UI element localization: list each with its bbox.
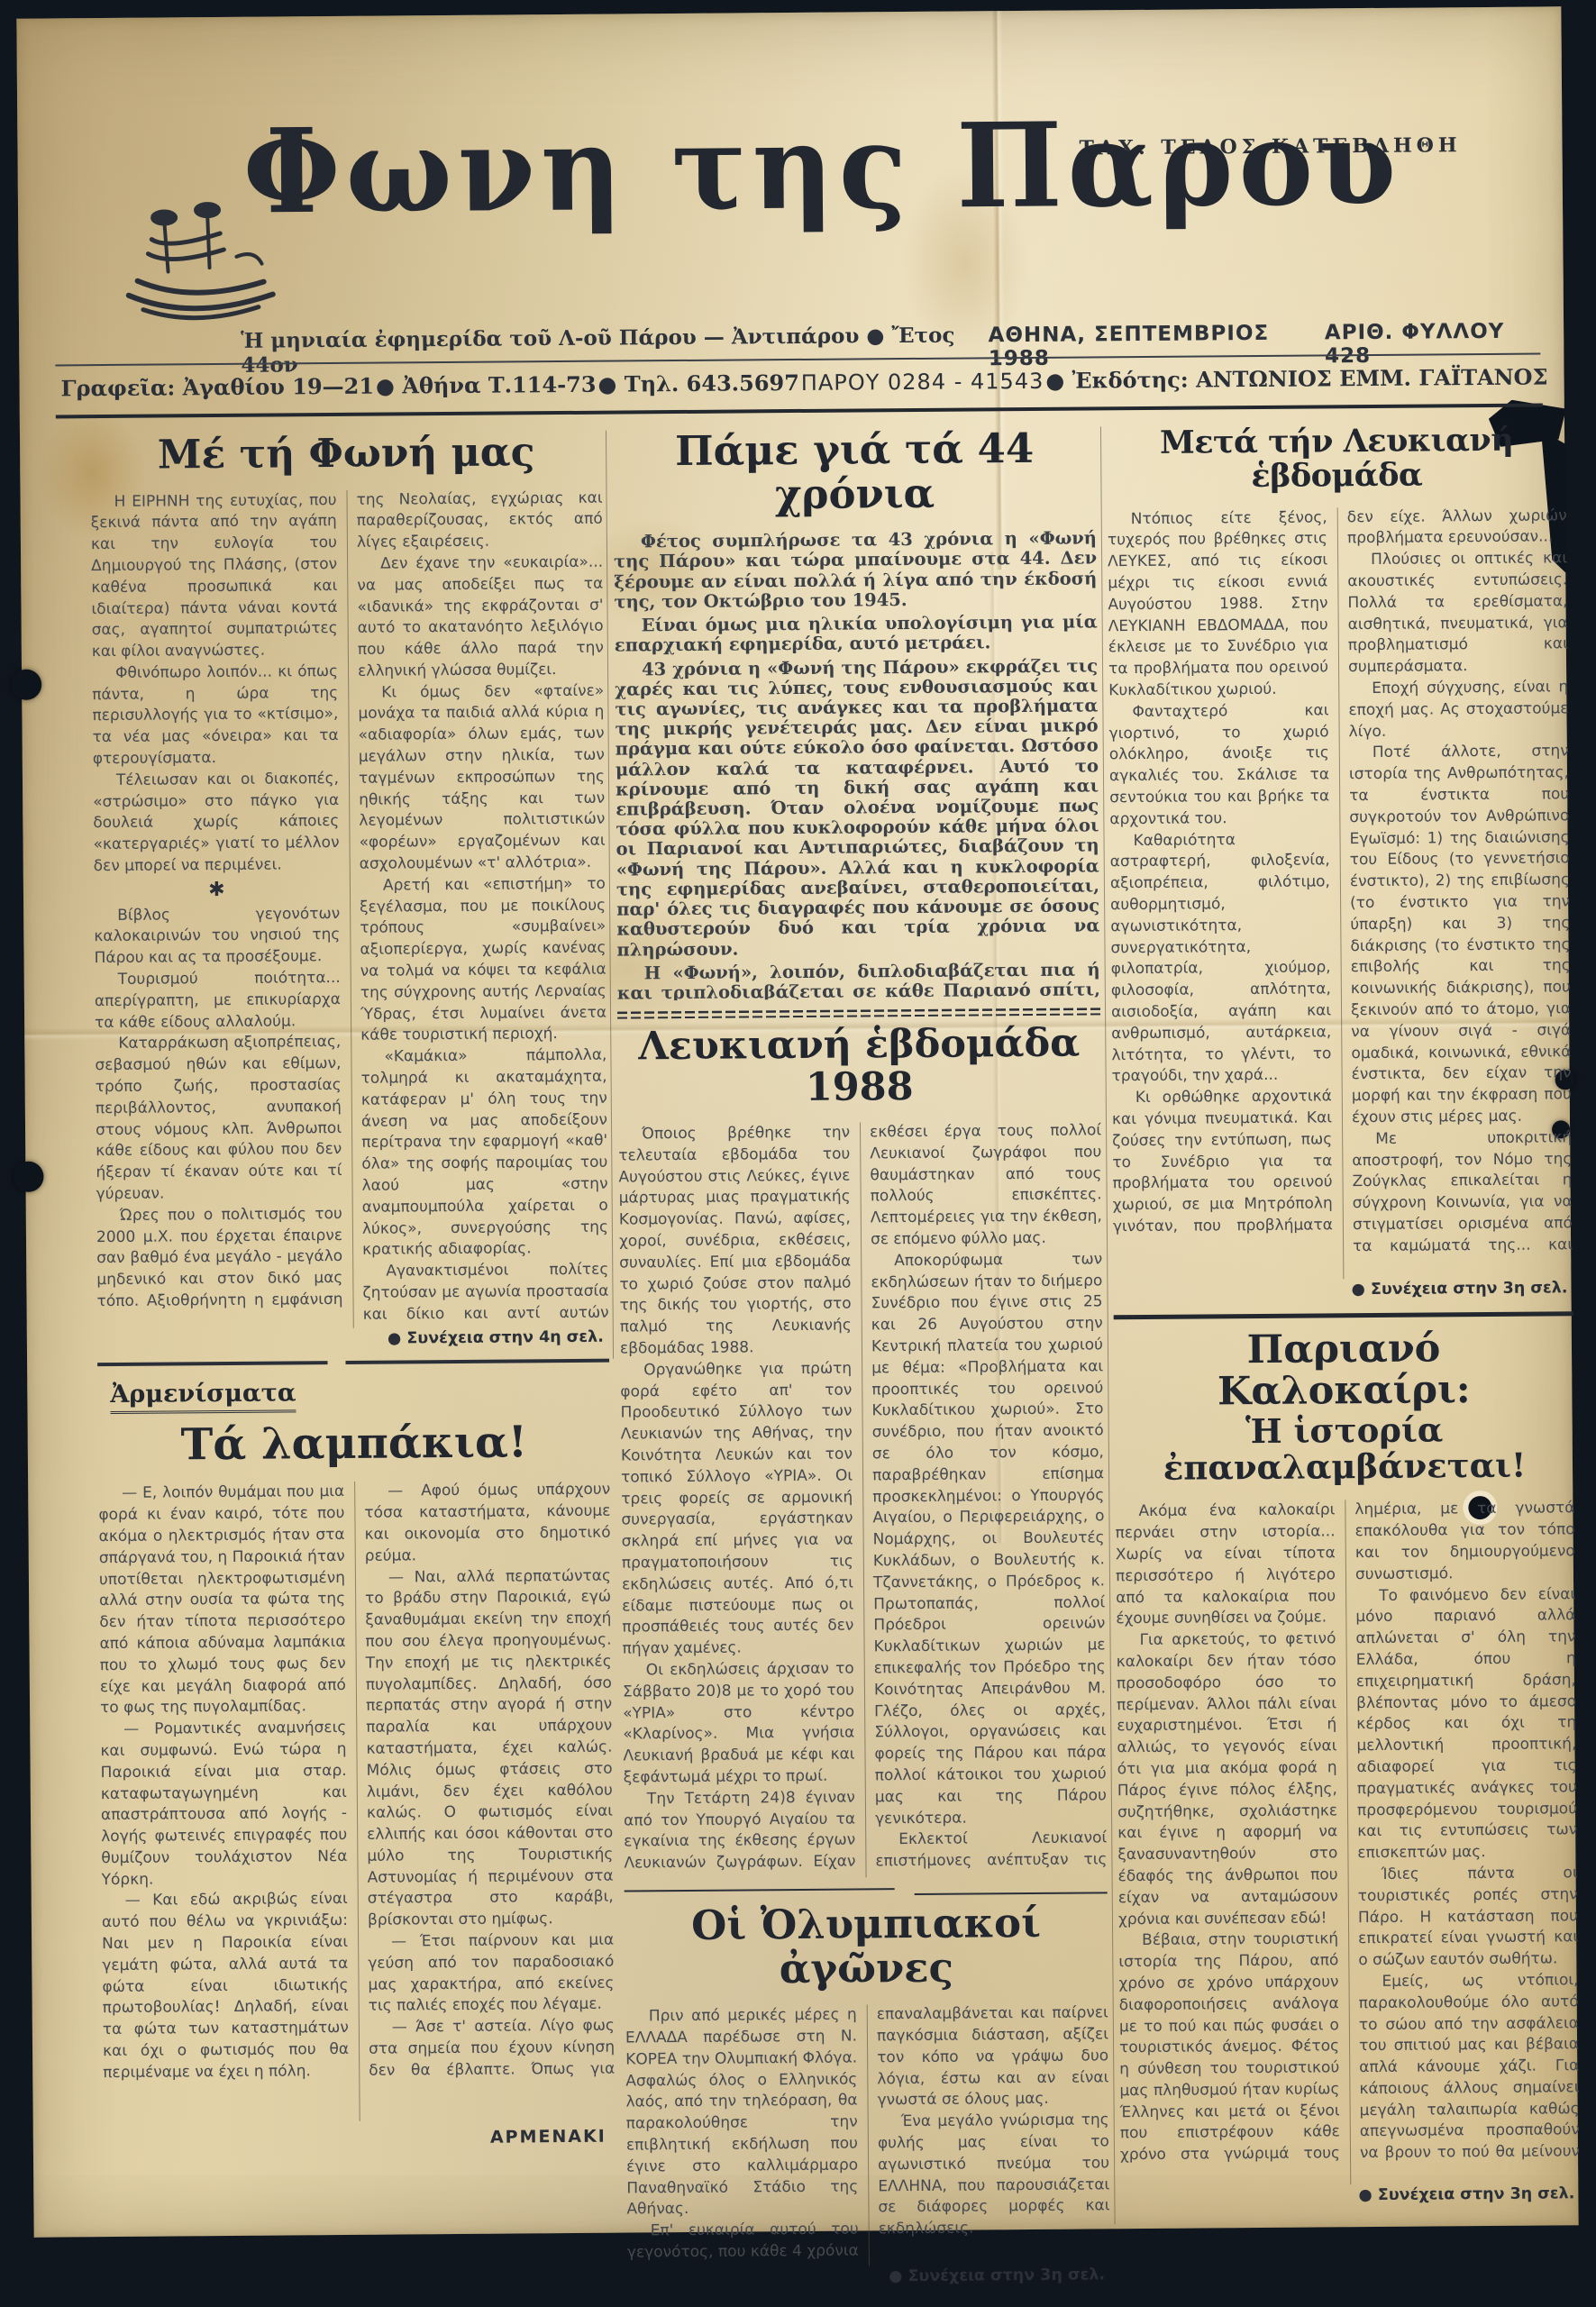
article-paragraph: Τέλειωσαν και οι διακοπές, «στρώσιμο» στ… — [93, 769, 340, 878]
column-kicker: Ἀρμενίσματα — [110, 1379, 296, 1414]
article-paragraph: Καθαριότητα αστραφτερή, φιλοξενία, αξιοπ… — [1109, 829, 1331, 1088]
article-title-olympiakoi: Οἱ Ὀλυμπιακοί ἀγῶνες — [625, 1901, 1108, 1992]
article-body-olympiakoi: Πριν από μερικές μέρες η ΕΛΛΑΔΑ παρέδωσε… — [625, 2003, 1110, 2268]
athens-postcode: ● Ἀθήνα Τ.114-73 — [376, 371, 597, 399]
article-paragraph: Η ΕΙΡΗΝΗ της ευτυχίας, που ξεκινά πάντα … — [90, 490, 337, 664]
phone-number: ● Τηλ. 643.5697 — [597, 369, 799, 397]
article-title-meta-lefkiani: Μετά τήν Λευκιανή ἑβδομάδα — [1107, 423, 1567, 495]
article-paragraph: Πλούσιες οι οπτικές και ακουστικές εντυπ… — [1347, 548, 1568, 679]
article-paragraph: Ακόμα ένα καλοκαίρι περνάει στην ιστορία… — [1115, 1500, 1336, 1631]
article-title-pariano-line1: Παριανό Καλοκαίρι: — [1114, 1327, 1574, 1414]
offices-address: Γραφεῖα: Ἀγαθίου 19—21 — [60, 373, 374, 402]
column-right: Μετά τήν Λευκιανή ἑβδομάδα Ντόπιος είτε … — [1107, 419, 1581, 2206]
article-paragraph: Πριν από μερικές μέρες η ΕΛΛΑΔΑ παρέδωσε… — [625, 2005, 859, 2221]
article-paragraph: Το φαινόμενο δεν είναι μόνο παριανό αλλά… — [1355, 1584, 1577, 1865]
article-body-44-xronia: Φέτος συμπλήρωσε τα 43 χρόνια η «Φωνή τη… — [614, 529, 1100, 1001]
article-paragraph: Ντόπιος είτε ξένος, τυχερός που βρέθηκες… — [1108, 507, 1329, 702]
article-signature: ΑΡΜΕΝΑΚΙ — [104, 2127, 606, 2150]
article-body-meta-lefkiani: Ντόπιος είτε ξένος, τυχερός που βρέθηκες… — [1108, 506, 1573, 1281]
article-paragraph: «Καμάκια» πάμπολλα, τολμηρά κι ακαταμάχη… — [360, 1045, 608, 1262]
article-paragraph: Εποχή σύγχυσης, είναι η εποχή μας. Ας στ… — [1348, 677, 1569, 743]
article-body-lefkiani: Όποιος βρέθηκε την τελευταία εβδομάδα το… — [618, 1120, 1108, 1879]
article-paragraph: Όποιος βρέθηκε την τελευταία εβδομάδα το… — [618, 1123, 852, 1361]
article-paragraph: Η «Φωνή», λοιπόν, διπλοδιαβάζεται πια ή … — [617, 960, 1100, 1001]
paros-phone: ΠΑΡΟΥ 0284 - 41543 — [801, 369, 1044, 396]
continued-note: ● Συνέχεια στην 3η σελ. — [627, 2266, 1105, 2288]
article-title-me-ti-foni: Μέ τή Φωνή μας — [90, 431, 602, 478]
article-paragraph: — Έτσι παίρνουν και μια γεύση από τον πα… — [368, 1930, 615, 2018]
article-paragraph: — Ναι, αλλά περπατώντας το βράδυ στην Πα… — [365, 1565, 614, 1932]
punch-hole — [11, 670, 41, 700]
article-title-lefkiani: Λευκιανή ἑβδομάδα 1988 — [617, 1023, 1101, 1110]
article-paragraph: Αποκορύφωμα των εκδηλώσεων ήταν το διήμε… — [871, 1249, 1107, 1830]
article-paragraph: Οι εκδηλώσεις άρχισαν το Σάββατο 20)8 με… — [623, 1659, 855, 1790]
article-body-pariano: Ακόμα ένα καλοκαίρι περνάει στην ιστορία… — [1115, 1499, 1580, 2187]
article-body-me-ti-foni: Η ΕΙΡΗΝΗ της ευτυχίας, που ξεκινά πάντα … — [90, 488, 608, 1329]
issue-number: ΑΡΙΘ. ΦΥΛΛΟΥ 428 — [1325, 319, 1550, 368]
article-paragraph: Για αρκετούς, το φετινό καλοκαίρι δεν ήτ… — [1116, 1628, 1338, 1930]
article-paragraph: Αρετή και «επιστήμη» το ξεγέλασμα, που μ… — [360, 874, 606, 1048]
column-left: Μέ τή Φωνή μας Η ΕΙΡΗΝΗ της ευτυχίας, πο… — [90, 427, 616, 2151]
article-paragraph: — Αφού όμως υπάρχουν τόσα καταστήματα, κ… — [364, 1480, 611, 1567]
article-title-pariano-line2: Ἡ ἱστορία ἐπαναλαμβάνεται! — [1115, 1412, 1575, 1488]
heavy-section-bar — [1114, 1311, 1573, 1319]
section-divider — [97, 1358, 609, 1365]
article-body-lampakia: — Ε, λοιπόν θυμάμαι που μια φορά κι έναν… — [98, 1480, 616, 2123]
article-paragraph: 43 χρόνια η «Φωνή της Πάρου» εκφράζει τι… — [615, 656, 1100, 960]
newspaper-paper: ΤΑΧ. ΤΕΛΟΣ ΚΑΤΕΒΛΗΘΗ Φωνη της Παρου Ἡ μη… — [16, 6, 1578, 2237]
continued-note: ● Συνέχεια στην 3η σελ. — [1120, 2185, 1574, 2207]
article-paragraph: — Ρομαντικές αναμνήσεις και συμφωνώ. Ενώ… — [100, 1718, 347, 1892]
column-middle: Πάμε γιά τά 44 χρόνια Φέτος συμπλήρωσε τ… — [613, 423, 1110, 2287]
article-paragraph: Οργανώθηκε για πρώτη φορά εφέτο απ' τον … — [620, 1358, 854, 1660]
article-paragraph: Κι όμως δεν «φταίνε» μονάχα τα παιδιά αλ… — [358, 680, 606, 875]
punch-hole — [13, 1162, 43, 1192]
article-paragraph: Φθινόπωρο λοιπόν... κι όπως πάντα, η ώρα… — [92, 661, 339, 771]
article-paragraph: — Και εδώ ακριβώς είναι αυτό που θέλω να… — [102, 1889, 350, 2084]
article-paragraph: ✱ — [94, 876, 340, 906]
article-paragraph: Βίβλος γεγονότων καλοκαιρινών του νησιού… — [94, 904, 341, 971]
article-paragraph: Δεν έχανε την «ευκαιρία»... να μας αποδε… — [357, 552, 604, 683]
article-paragraph: Είναι όμως μια ηλικία υπολογίσιμη για μί… — [615, 612, 1098, 656]
article-paragraph: Ένα μεγάλο γνώρισμα της φυλής μας είναι … — [878, 2111, 1110, 2241]
header-heavy-rule — [56, 403, 1543, 418]
publisher-name: ● Ἐκδότης: ΑΝΤΩΝΙΟΣ ΕΜΜ. ΓΑΪΤΑΝΟΣ — [1045, 363, 1547, 393]
article-title-44-xronia: Πάμε γιά τά 44 χρόνια — [613, 426, 1097, 517]
article-paragraph: Ποτέ άλλοτε, στην ιστορία της Ανθρωπότητ… — [1349, 742, 1572, 1129]
article-paragraph: — Ε, λοιπόν θυμάμαι που μια φορά κι έναν… — [98, 1482, 346, 1719]
article-paragraph: Φέτος συμπλήρωσε τα 43 χρόνια η «Φωνή τη… — [614, 529, 1098, 613]
continued-note: ● Συνέχεια στην 4η σελ. — [97, 1327, 604, 1349]
article-title-lampakia: Τά λαμπάκια! — [98, 1418, 610, 1469]
scanned-newspaper-page: { "postal_notice": "ΤΑΧ. ΤΕΛΟΣ ΚΑΤΕΒΛΗΘΗ… — [0, 0, 1596, 2307]
article-paragraph: Καταρράκωση αξιοπρέπειας, σεβασμού ηθών … — [95, 1032, 342, 1206]
fancy-divider — [617, 1008, 1100, 1019]
continued-note: ● Συνέχεια στην 3η σελ. — [1113, 1279, 1567, 1300]
issue-date: ΑΘΗΝΑ, ΣΕΠΤΕΜΒΡΙΟΣ 1988 — [989, 321, 1326, 370]
kicker-wrap: Ἀρμενίσματα — [97, 1371, 609, 1413]
article-paragraph: Φανταχτερό και γιορτινό, το χωριό ολόκλη… — [1108, 700, 1329, 831]
newspaper-title: Φωνη της Παρου — [242, 96, 1388, 241]
article-paragraph: Τουρισμού ποιότητα... απερίγραπτη, με επ… — [95, 968, 342, 1035]
article-paragraph: Ίδιες πάντα οι τουριστικές ροπές στην Πά… — [1357, 1863, 1578, 1972]
